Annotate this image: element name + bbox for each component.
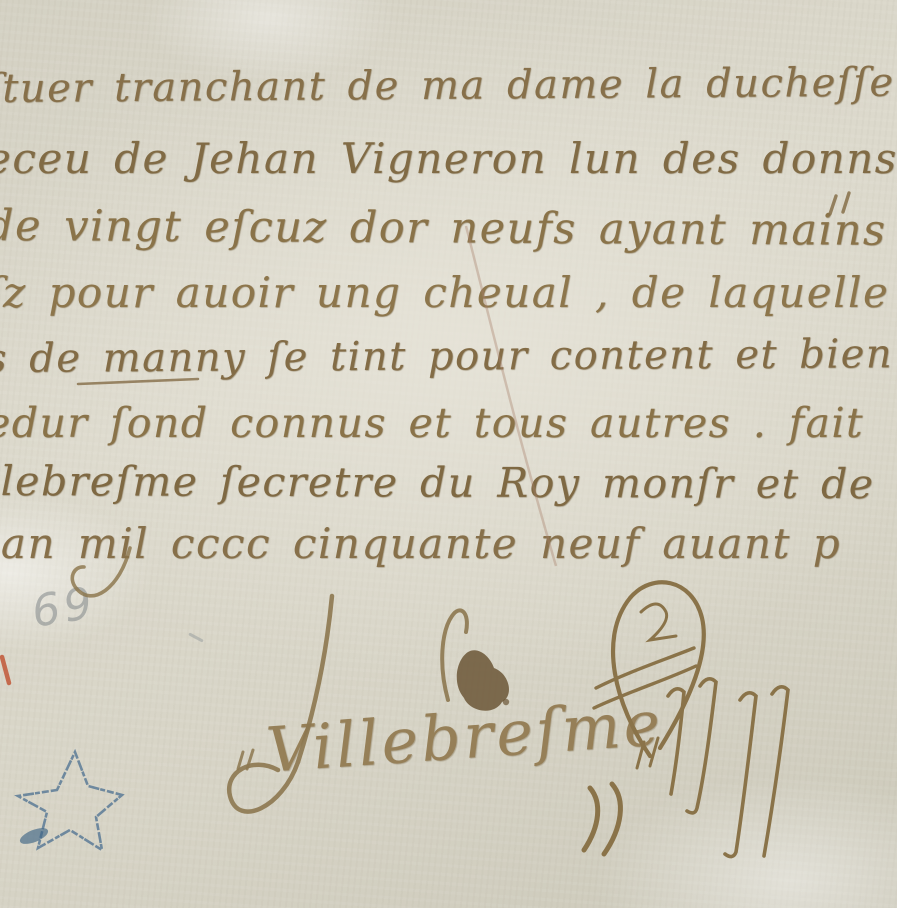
pencil-dash-mark	[188, 632, 204, 642]
manuscript-line: llebreſme ſecretre du Roy monſr et de mo…	[0, 457, 897, 509]
manuscript-line: lan mil cccc cinquante neuf auant p	[0, 519, 841, 568]
manuscript-line: eceu de Jehan Vigneron lun des donns alo…	[0, 134, 897, 183]
manuscript-line: de vingt eſcuz dor neufs ayant mains con…	[0, 201, 897, 257]
signature-villebresme: Villebreſme	[264, 686, 665, 787]
manuscript-line: ſz pour auoir ung cheual , de laquelle ſ	[0, 268, 897, 317]
double-stroke-notary-marks	[238, 750, 253, 769]
manuscript-line: s de manny ſe tint pour content et bien …	[0, 331, 897, 382]
manuscript-photo: ſtuer tranchant de ma dame la ducheſſe d…	[0, 0, 897, 908]
pencil-annotation: 69	[28, 577, 99, 637]
manuscript-line: ſtuer tranchant de ma dame la ducheſſe d…	[0, 59, 897, 112]
manuscript-line: edur ſond connus et tous autres . fait	[0, 399, 864, 447]
star-stamp-icon	[18, 752, 122, 850]
red-ink-edge-mark	[2, 657, 9, 683]
